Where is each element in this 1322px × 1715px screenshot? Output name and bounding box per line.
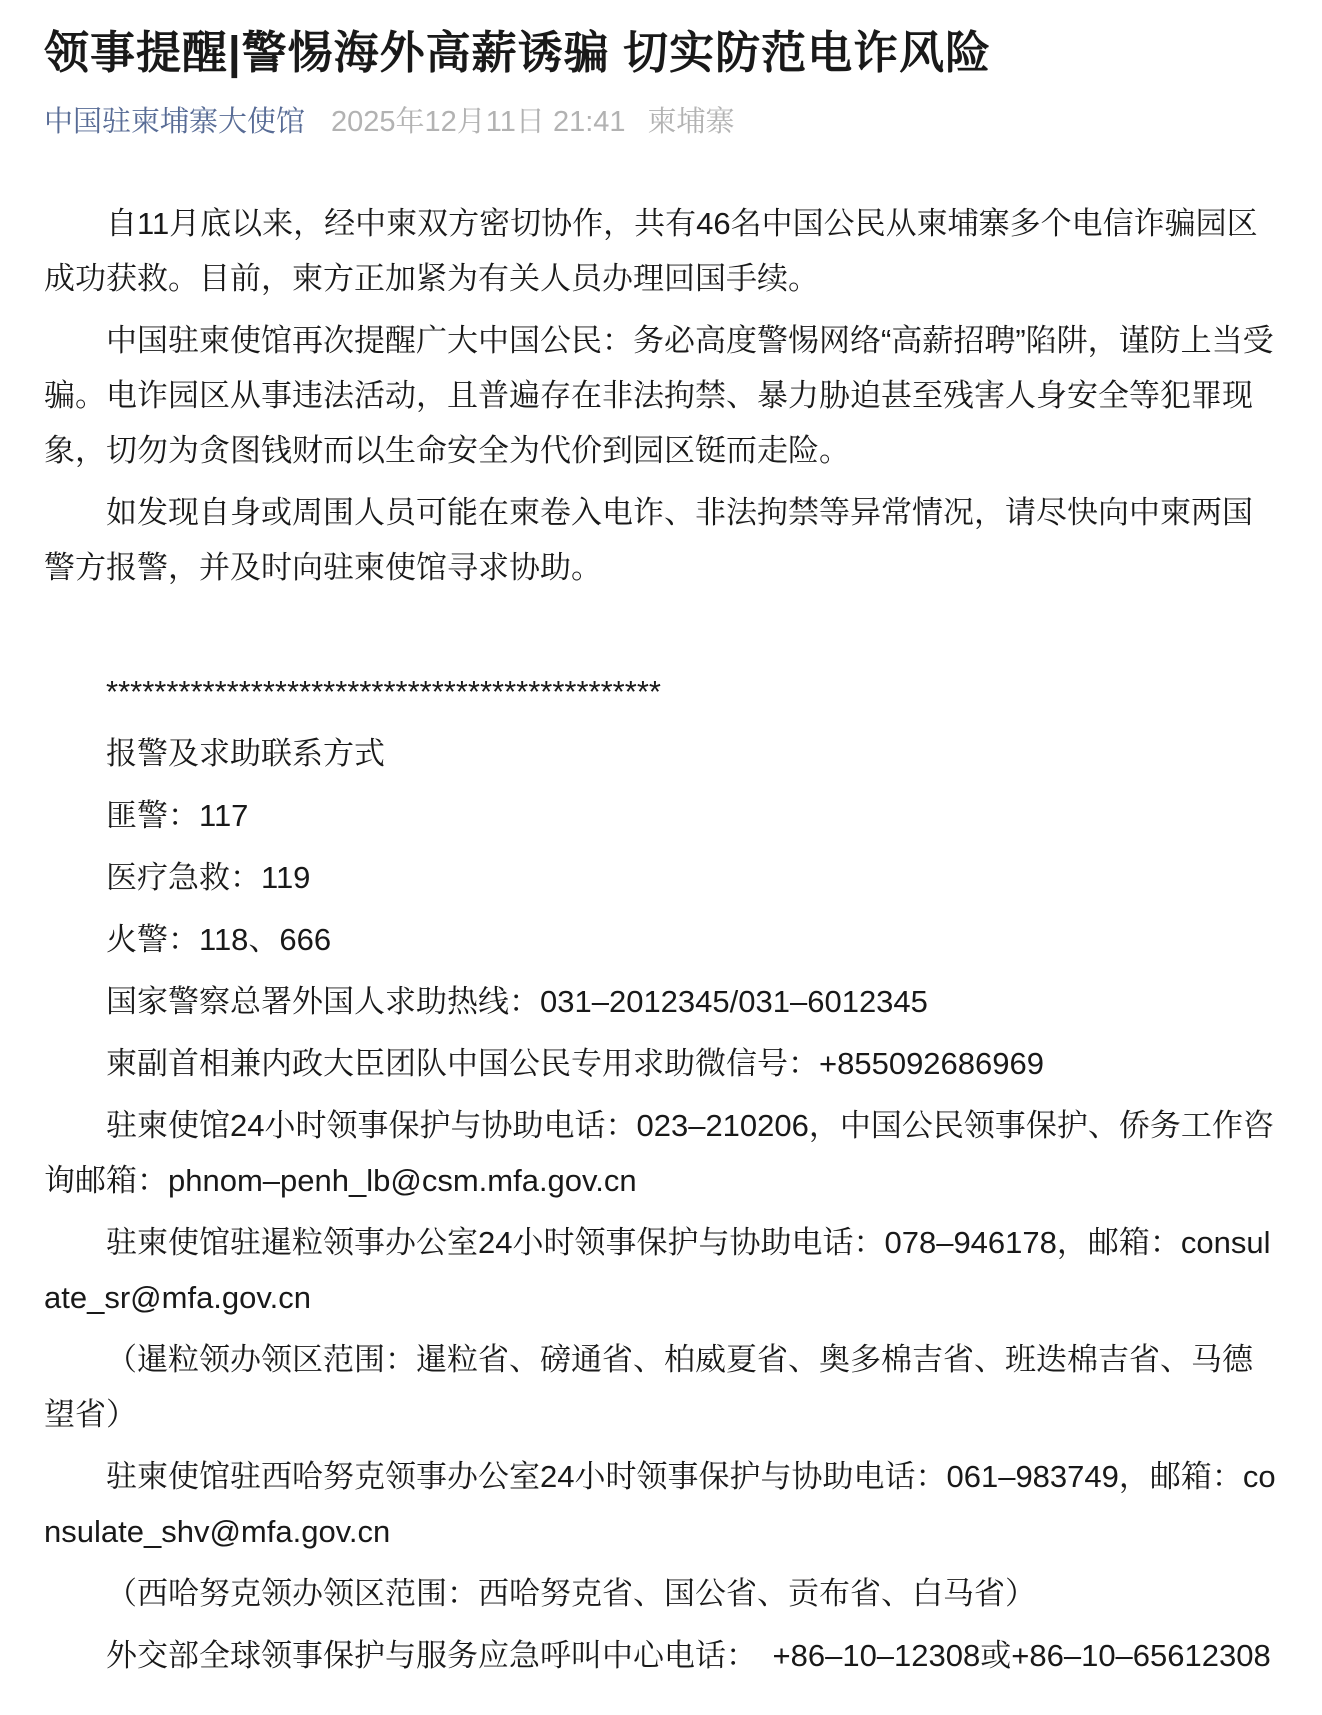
contact-mfa-global-center: 外交部全球领事保护与服务应急呼叫中心电话： +86–10–12308或+86–1… <box>44 1628 1278 1683</box>
article-body: 自11月底以来，经中柬双方密切协作，共有46名中国公民从柬埔寨多个电信诈骗园区成… <box>44 196 1278 1683</box>
contact-embassy-24h: 驻柬使馆24小时领事保护与协助电话：023–210206，中国公民领事保护、侨务… <box>44 1098 1278 1208</box>
contact-medical: 医疗急救：119 <box>44 850 1278 905</box>
paragraph-rescue-summary: 自11月底以来，经中柬双方密切协作，共有46名中国公民从柬埔寨多个电信诈骗园区成… <box>44 196 1278 306</box>
contact-national-police-hotline: 国家警察总署外国人求助热线：031–2012345/031–6012345 <box>44 974 1278 1029</box>
contact-siem-reap-office: 驻柬使馆驻暹粒领事办公室24小时领事保护与协助电话：078–946178，邮箱：… <box>44 1215 1278 1325</box>
article-meta: 中国驻柬埔寨大使馆2025年12月11日 21:41柬埔寨 <box>44 104 1278 140</box>
contact-sihanoukville-office: 驻柬使馆驻西哈努克领事办公室24小时领事保护与协助电话：061–983749，邮… <box>44 1449 1278 1559</box>
article-page: 领事提醒|警惕海外高薪诱骗 切实防范电诈风险 中国驻柬埔寨大使馆2025年12月… <box>0 0 1322 1683</box>
author-account-link[interactable]: 中国驻柬埔寨大使馆 <box>44 106 305 138</box>
publish-datetime: 2025年12月11日 21:41 <box>331 106 626 138</box>
note-siem-reap-jurisdiction: （暹粒领办领区范围：暹粒省、磅通省、柏威夏省、奥多棉吉省、班迭棉吉省、马德望省） <box>44 1332 1278 1442</box>
section-heading-contacts: 报警及求助联系方式 <box>44 726 1278 781</box>
contact-wechat-hotline: 柬副首相兼内政大臣团队中国公民专用求助微信号：+855092686969 <box>44 1036 1278 1091</box>
publish-location: 柬埔寨 <box>648 106 735 138</box>
separator-asterisk-line: ****************************************… <box>44 664 1278 719</box>
contact-fire: 火警：118、666 <box>44 912 1278 967</box>
contact-police: 匪警：117 <box>44 788 1278 843</box>
paragraph-help-advice: 如发现自身或周围人员可能在柬卷入电诈、非法拘禁等异常情况，请尽快向中柬两国警方报… <box>44 485 1278 595</box>
note-sihanoukville-jurisdiction: （西哈努克领办领区范围：西哈努克省、国公省、贡布省、白马省） <box>44 1566 1278 1621</box>
article-title: 领事提醒|警惕海外高薪诱骗 切实防范电诈风险 <box>44 22 1278 84</box>
paragraph-warning: 中国驻柬使馆再次提醒广大中国公民：务必高度警惕网络“高薪招聘”陷阱，谨防上当受骗… <box>44 313 1278 478</box>
paragraph-spacer <box>44 602 1278 657</box>
